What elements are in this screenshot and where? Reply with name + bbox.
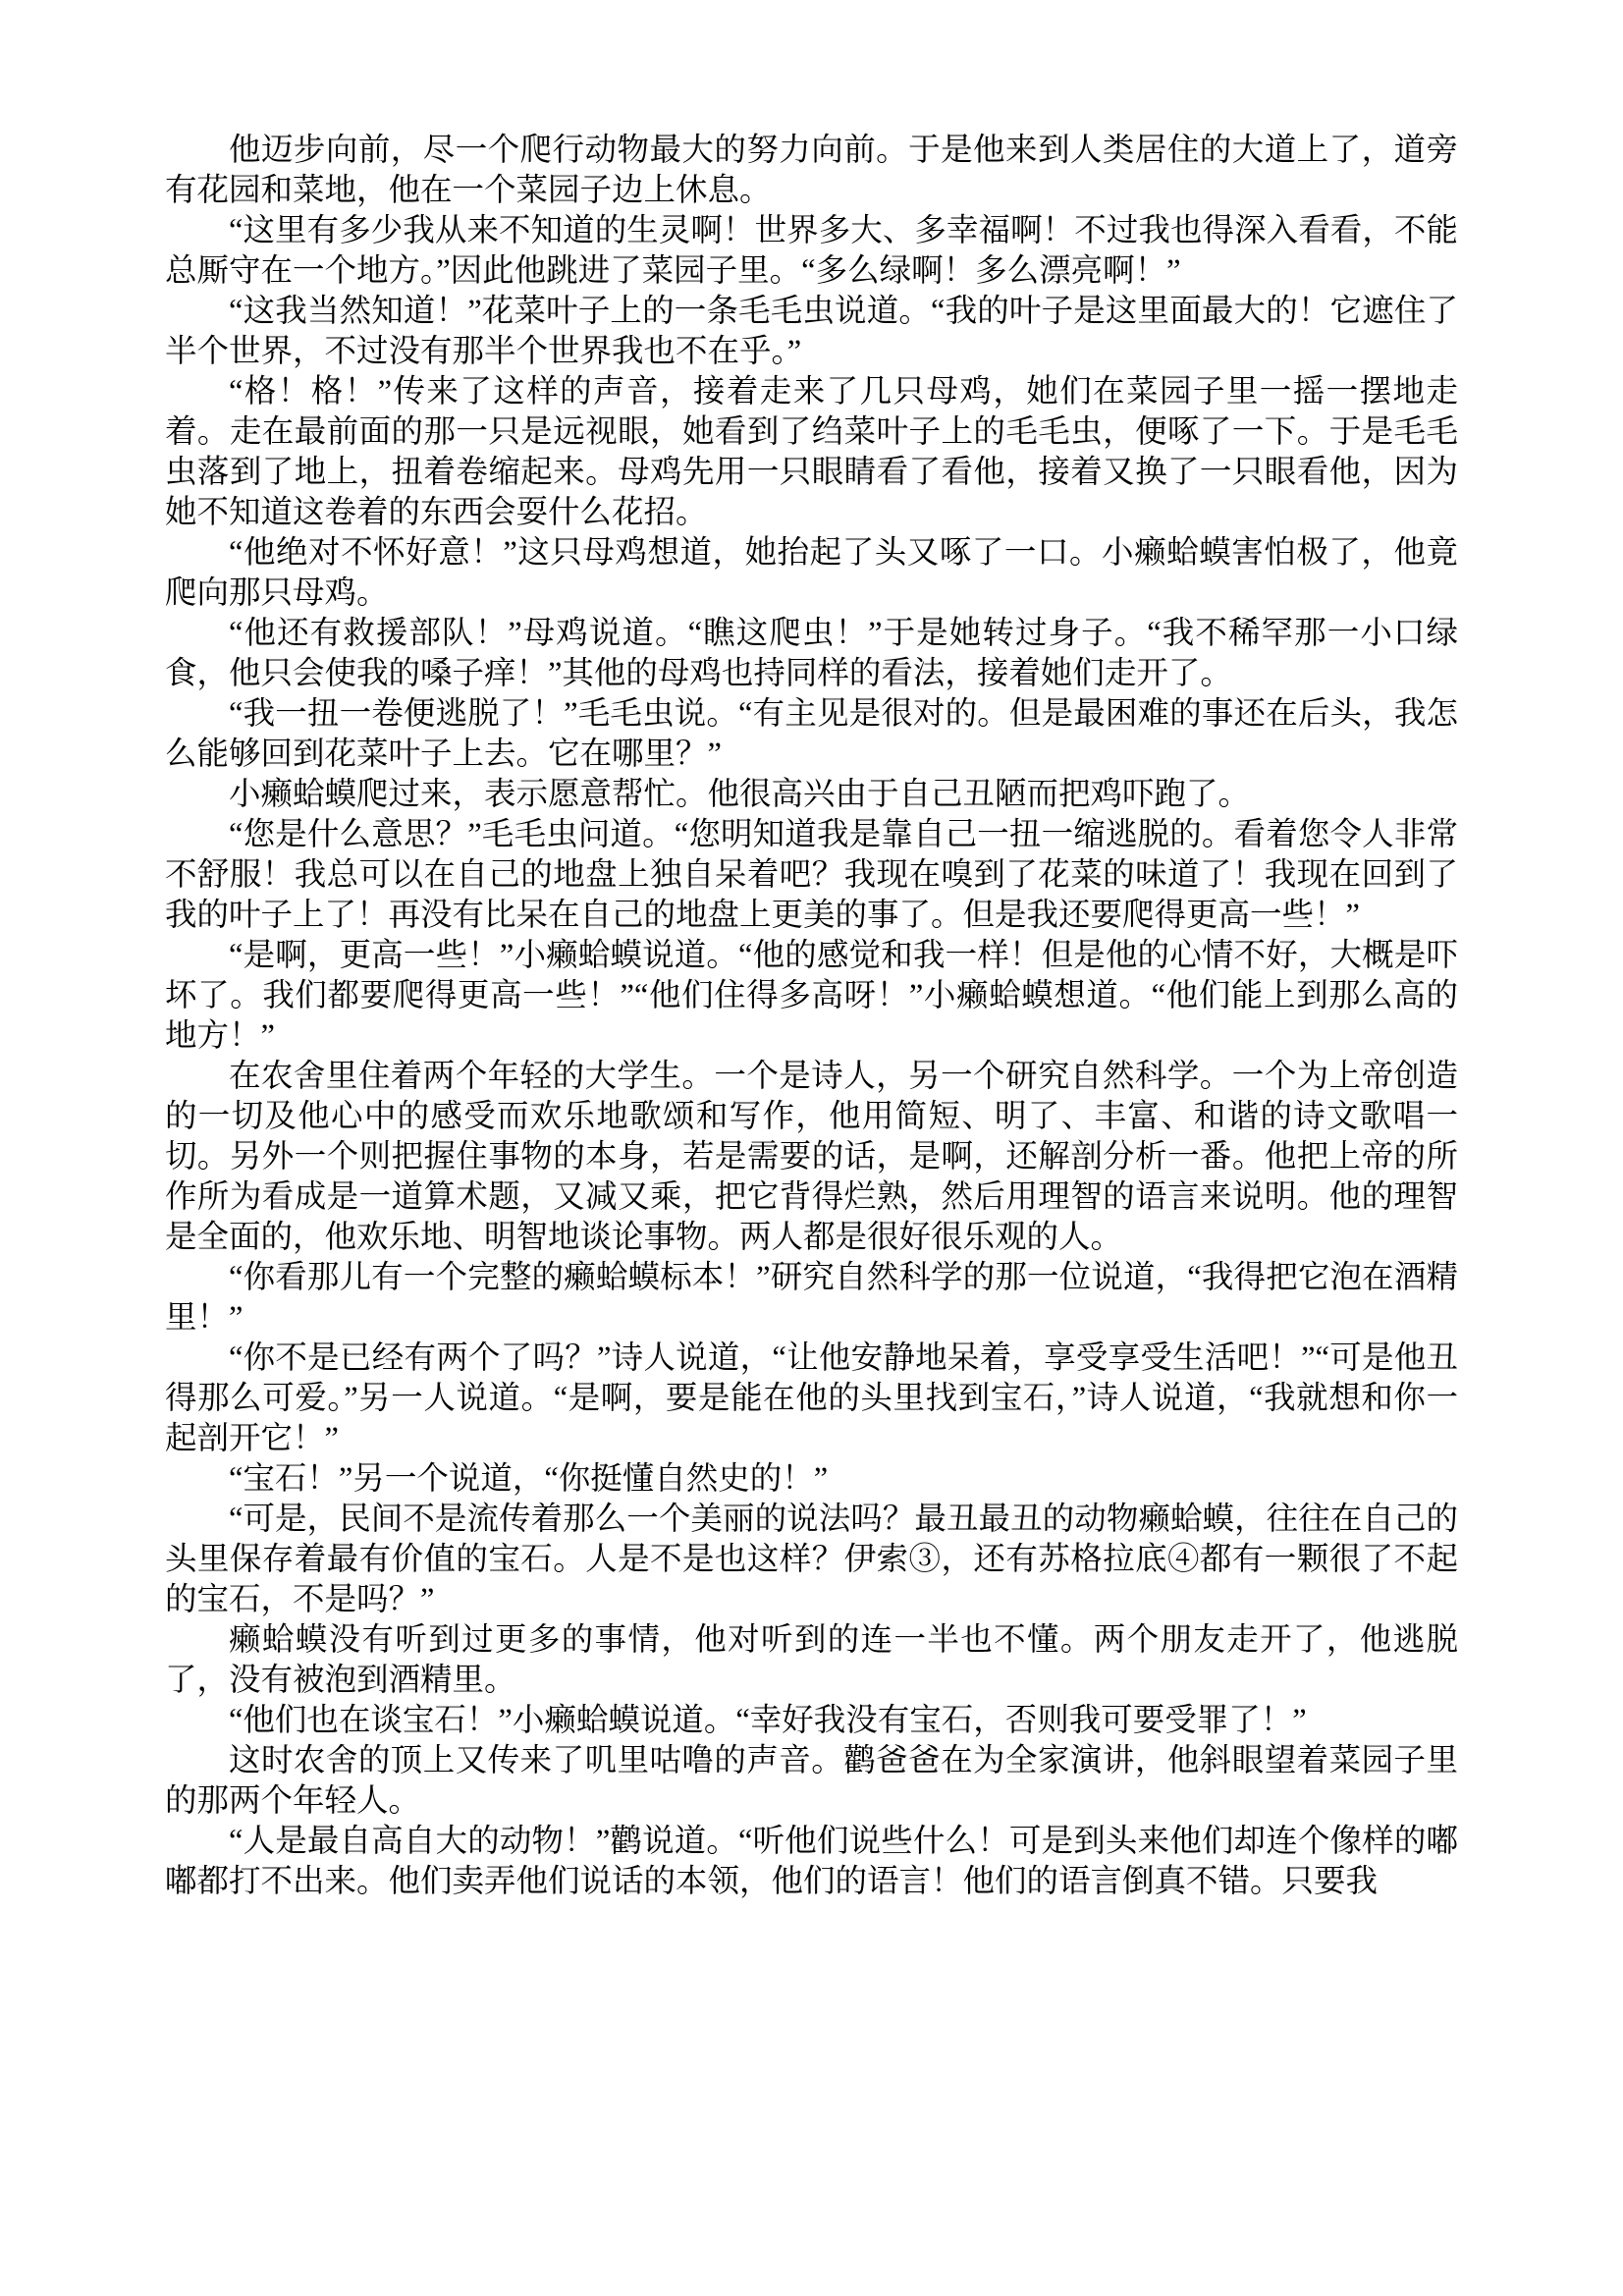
paragraph: “他绝对不怀好意！”这只母鸡想道，她抬起了头又啄了一口。小癞蛤蟆害怕极了，他竟爬…: [165, 533, 1458, 614]
paragraph: “是啊，更高一些！”小癞蛤蟆说道。“他的感觉和我一样！但是他的心情不好，大概是吓…: [165, 936, 1458, 1057]
paragraph: “您是什么意思？”毛毛虫问道。“您明知道我是靠自己一扭一缩逃脱的。看着您令人非常…: [165, 815, 1458, 936]
paragraph: “格！格！”传来了这样的声音，接着走来了几只母鸡，她们在菜园子里一摇一摆地走着。…: [165, 372, 1458, 533]
paragraph: 他迈步向前，尽一个爬行动物最大的努力向前。于是他来到人类居住的大道上了，道旁有花…: [165, 131, 1458, 211]
paragraph: “宝石！”另一个说道，“你挺懂自然史的！”: [165, 1459, 1458, 1500]
paragraph: “可是，民间不是流传着那么一个美丽的说法吗？最丑最丑的动物癞蛤蟆，往往在自己的头…: [165, 1500, 1458, 1620]
paragraph: “我一扭一卷便逃脱了！”毛毛虫说。“有主见是很对的。但是最困难的事还在后头，我怎…: [165, 694, 1458, 775]
story-text-block: 他迈步向前，尽一个爬行动物最大的努力向前。于是他来到人类居住的大道上了，道旁有花…: [165, 131, 1458, 1902]
paragraph: “这里有多少我从来不知道的生灵啊！世界多大、多幸福啊！不过我也得深入看看，不能总…: [165, 211, 1458, 292]
paragraph: 小癞蛤蟆爬过来，表示愿意帮忙。他很高兴由于自己丑陋而把鸡吓跑了。: [165, 775, 1458, 815]
paragraph: “他还有救援部队！”母鸡说道。“瞧这爬虫！”于是她转过身子。“我不稀罕那一小口绿…: [165, 614, 1458, 694]
paragraph: 这时农舍的顶上又传来了叽里咕噜的声音。鹳爸爸在为全家演讲，他斜眼望着菜园子里的那…: [165, 1741, 1458, 1822]
paragraph: 癞蛤蟆没有听到过更多的事情，他对听到的连一半也不懂。两个朋友走开了，他逃脱了，没…: [165, 1620, 1458, 1701]
paragraph: 在农舍里住着两个年轻的大学生。一个是诗人，另一个研究自然科学。一个为上帝创造的一…: [165, 1057, 1458, 1258]
paragraph: “这我当然知道！”花菜叶子上的一条毛毛虫说道。“我的叶子是这里面最大的！它遮住了…: [165, 292, 1458, 372]
paragraph: “你看那儿有一个完整的癞蛤蟆标本！”研究自然科学的那一位说道，“我得把它泡在酒精…: [165, 1258, 1458, 1339]
paragraph: “你不是已经有两个了吗？”诗人说道，“让他安静地呆着，享受享受生活吧！”“可是他…: [165, 1339, 1458, 1459]
document-page: 他迈步向前，尽一个爬行动物最大的努力向前。于是他来到人类居住的大道上了，道旁有花…: [0, 0, 1623, 2296]
paragraph: “他们也在谈宝石！”小癞蛤蟆说道。“幸好我没有宝石，否则我可要受罪了！”: [165, 1701, 1458, 1741]
paragraph: “人是最自高自大的动物！”鹳说道。“听他们说些什么！可是到头来他们却连个像样的嘟…: [165, 1822, 1458, 1902]
